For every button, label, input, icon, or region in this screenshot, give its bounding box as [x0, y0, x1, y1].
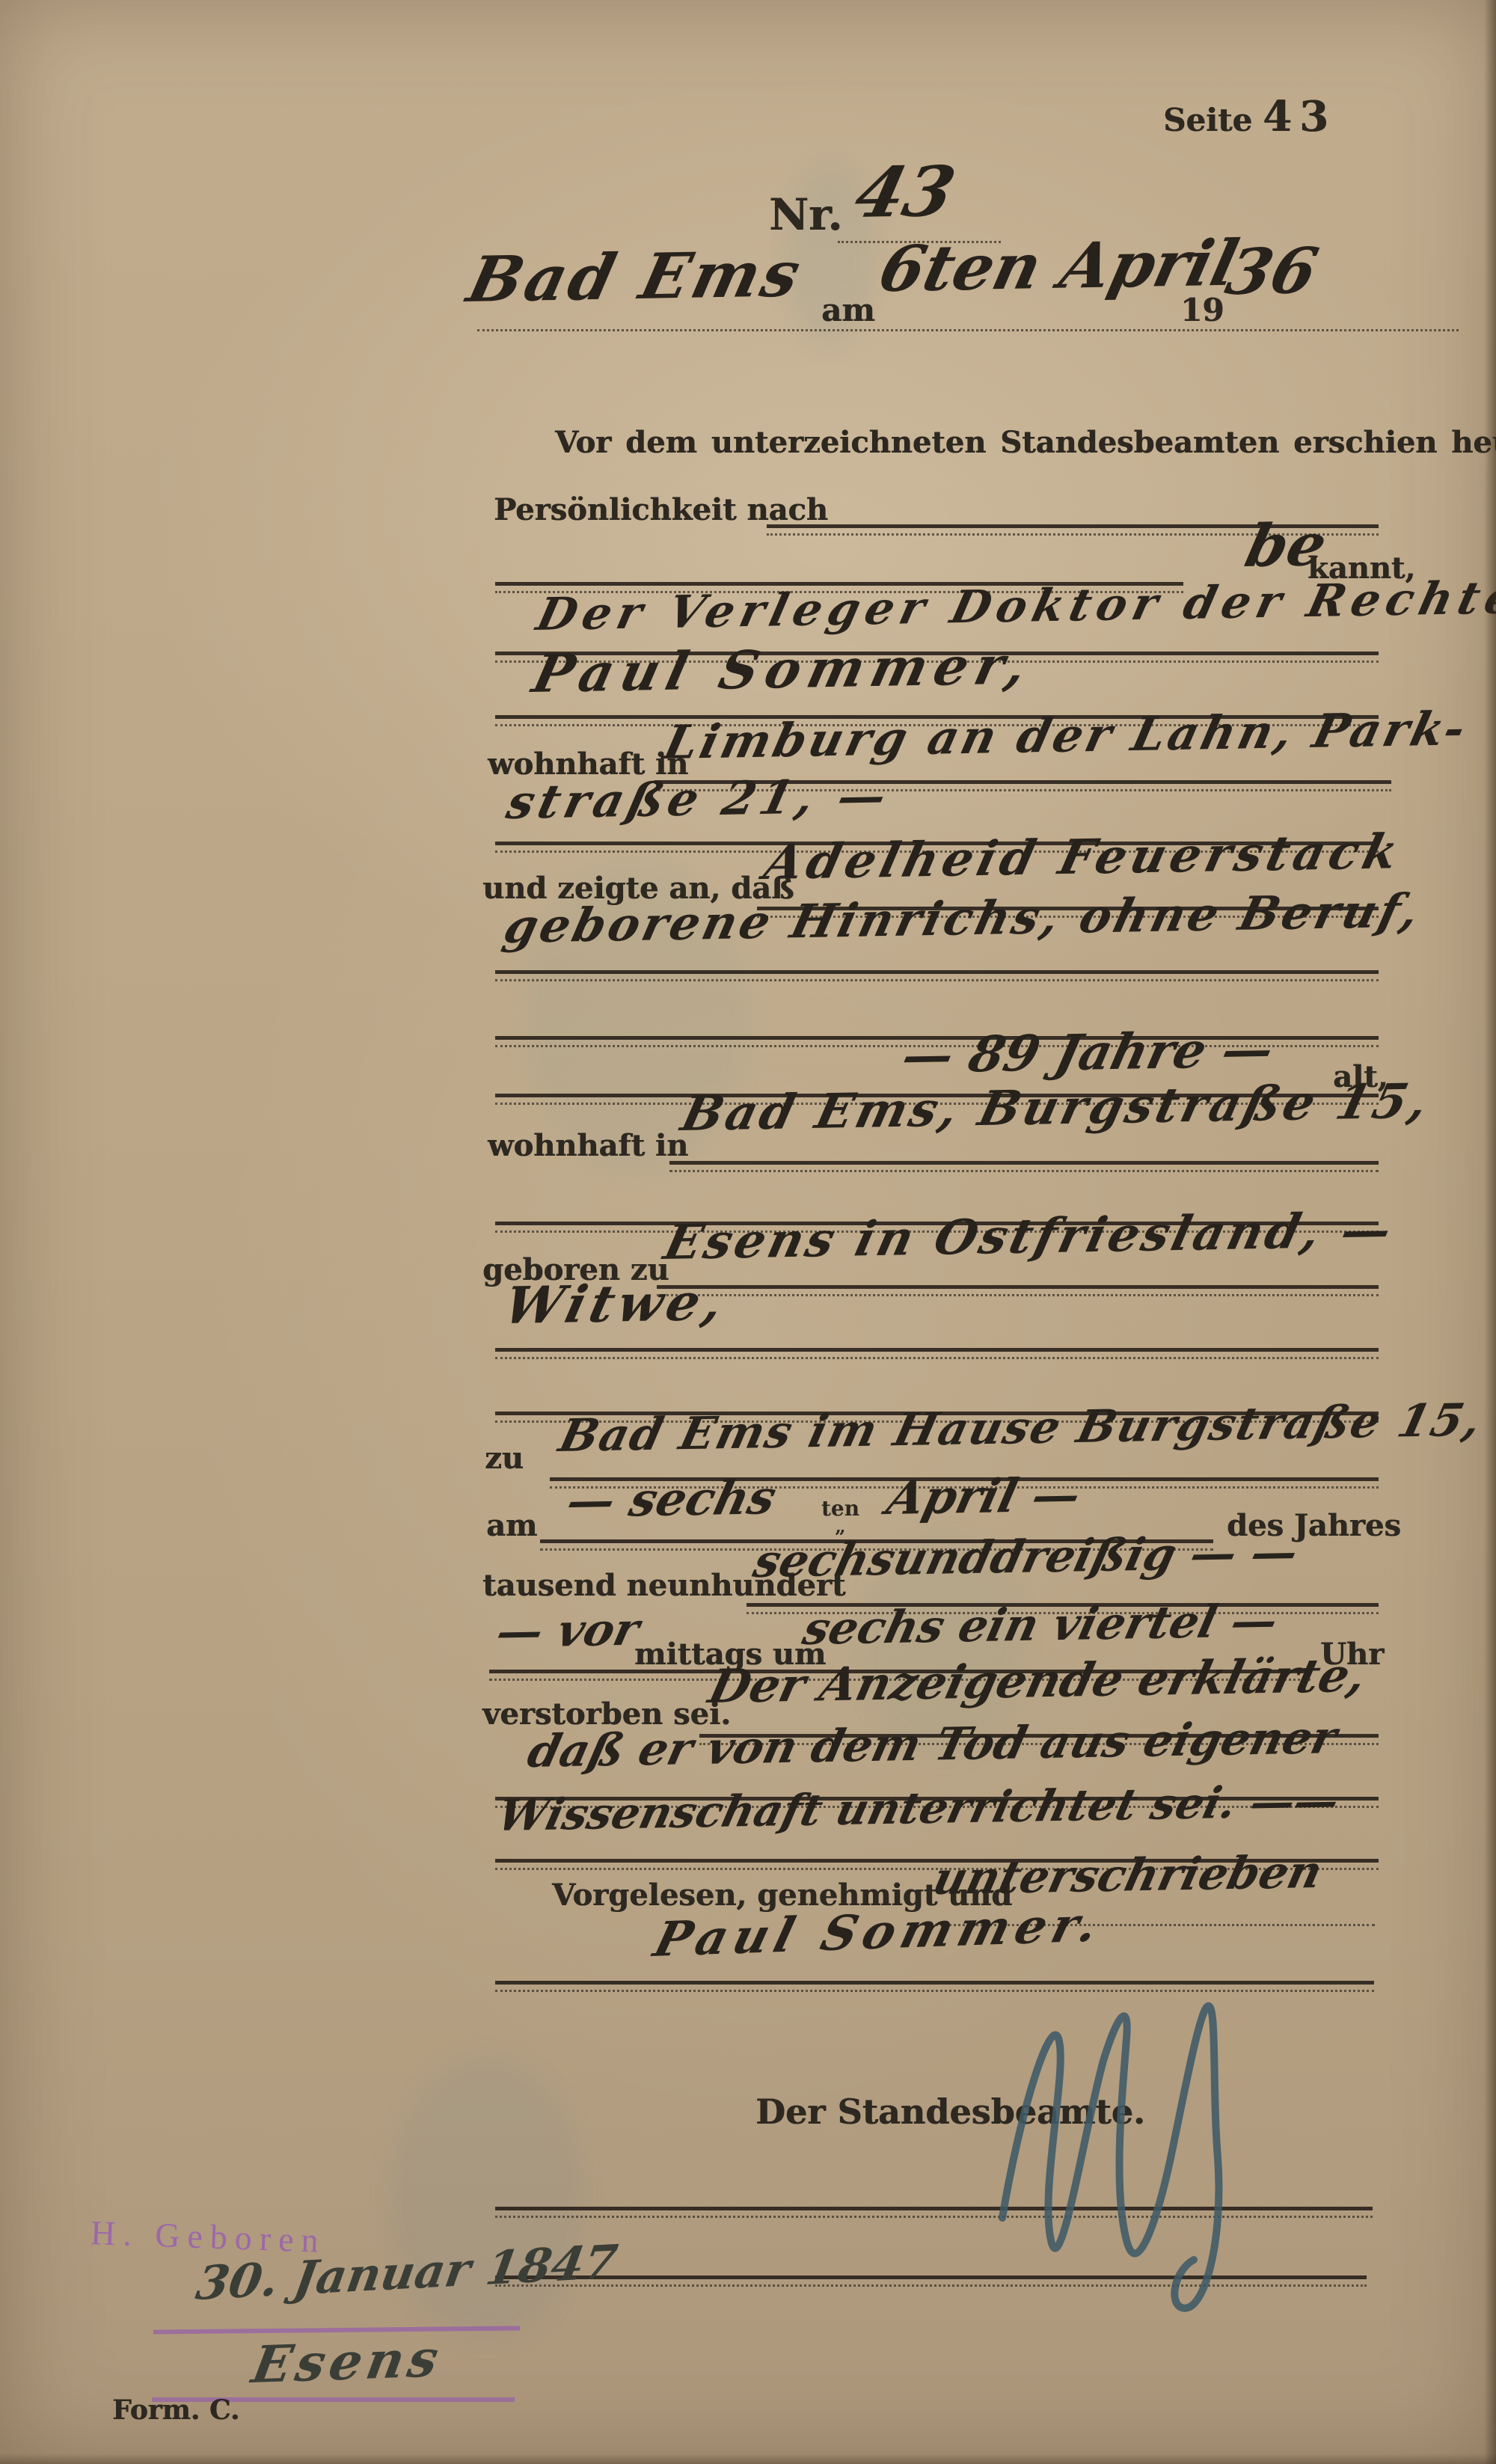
death-day: — sechs: [562, 1474, 780, 1524]
death-statement3: Wissenschaft unterrichtet sei. ——: [494, 1780, 1343, 1837]
page-header-page-number: 43: [1263, 96, 1336, 138]
intro-line1: Vor dem unterzeichneten Standesbeamten e…: [555, 428, 1496, 458]
deceased-name-line2: geborene Hinrichs, ohne Beruf,: [500, 888, 1426, 950]
death-am-label: am: [486, 1511, 537, 1541]
registrar-signature: [980, 1993, 1294, 2330]
deceased-residence-label: wohnhaft in: [488, 1131, 688, 1161]
dateline-year-suffix: 36: [1221, 239, 1323, 304]
death-record-page: Seite 43 Nr. 43 Bad Ems am 6ten April 19…: [0, 0, 1496, 2464]
death-statement1: Der Anzeigende erklärte,: [705, 1652, 1370, 1710]
death-time-prefix: — vor: [492, 1608, 643, 1655]
birth-place-entry: Esens: [248, 2333, 447, 2391]
declarant-signature: Paul Sommer.: [649, 1901, 1109, 1964]
form-rule: [657, 1285, 1379, 1289]
death-time: sechs ein viertel —: [799, 1599, 1282, 1652]
form-rule: [495, 970, 1379, 974]
death-year: sechsunddreißig — —: [749, 1530, 1302, 1584]
death-place: Bad Ems im Hause Burgstraße 15,: [555, 1398, 1486, 1459]
photo-edge-shading: [1484, 0, 1496, 2464]
intro-line2-label: Persönlichkeit nach: [494, 495, 828, 525]
dateline-place: Bad Ems: [462, 242, 809, 311]
page-header-seite-label: Seite: [1163, 105, 1252, 136]
declarant-name: Paul Sommer,: [528, 639, 1039, 700]
death-statement2: daß er von dem Tod aus eigener: [524, 1715, 1341, 1774]
photo-edge-shading: [0, 2454, 1496, 2464]
record-number-label: Nr.: [769, 193, 842, 236]
dateline-am-label: am: [821, 295, 875, 326]
declarant-residence-line2: straße 21, —: [503, 773, 895, 826]
deceased-birthplace: Esens in Ostfriesland, —: [660, 1207, 1399, 1267]
death-day-ordinal-suffix: ten „: [821, 1499, 859, 1535]
unterschrieben-handwritten: unterschrieben: [929, 1850, 1326, 1901]
dateline-day-month: 6ten April: [874, 232, 1243, 301]
record-number-value: 43: [849, 157, 961, 227]
deceased-age: — 89 Jahre —: [898, 1024, 1278, 1080]
form-rule: [669, 1161, 1379, 1165]
dateline-year-prefix: 19: [1180, 295, 1224, 326]
death-month: April —: [883, 1472, 1085, 1521]
death-zu-label: zu: [485, 1444, 524, 1474]
deceased-marital-status: Witwe,: [500, 1277, 732, 1331]
deceased-residence: Bad Ems, Burgstraße 15,: [677, 1078, 1435, 1138]
deceased-name: Adelheid Feuerstack: [760, 828, 1406, 887]
declarant-residence-line1: Limburg an der Lahn, Park-: [660, 705, 1473, 766]
form-rule: [495, 1981, 1374, 1985]
form-rule: [495, 1348, 1379, 1352]
form-type-label: Form. C.: [112, 2397, 239, 2424]
